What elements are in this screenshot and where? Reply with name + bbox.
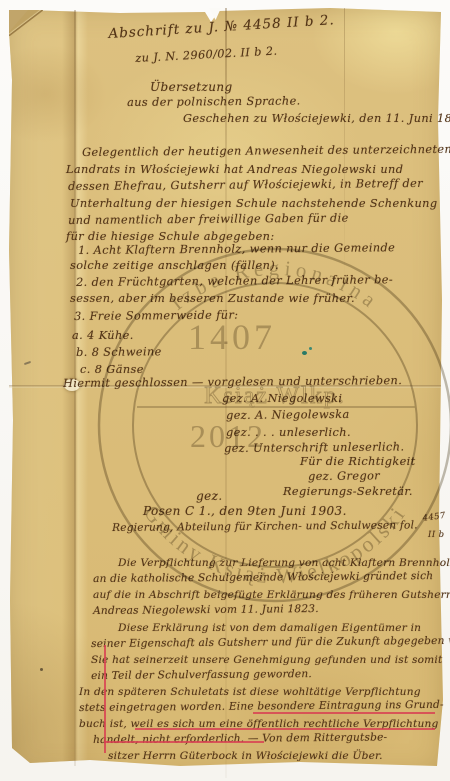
handwritten-line: handelt, nicht erforderlich. — Von dem R… xyxy=(93,731,387,746)
list-item: a. 4 Kühe. xyxy=(72,329,134,342)
margin-reference: 4457 xyxy=(422,511,446,524)
handwritten-line: In den späteren Schuletats ist diese woh… xyxy=(79,686,421,698)
signature-line: gez. A. Niegolewski xyxy=(222,392,342,405)
handwritten-line: buch ist, weil es sich um eine öffentlic… xyxy=(79,718,439,730)
signature-line: gez. . . . unleserlich. xyxy=(226,426,351,439)
place-date-line: Posen C 1., den 9ten Juni 1903. xyxy=(143,504,347,518)
list-item: c. 8 Gänse xyxy=(80,363,144,376)
margin-reference: II b xyxy=(428,530,445,540)
list-item: b. 8 Schweine xyxy=(76,345,162,359)
handwritten-line: Diese Erklärung ist von dem damaligen Ei… xyxy=(118,622,421,634)
list-item: sessen, aber im besseren Zustande wie fr… xyxy=(70,292,355,305)
gez-flourish: gez. xyxy=(196,489,223,503)
handwritten-line: ein Teil der Schulverfassung geworden. xyxy=(91,668,312,682)
list-item: 2. den Früchtgarten, welchen der Lehrer … xyxy=(76,273,393,289)
green-ink-speck xyxy=(302,351,307,355)
signature-line: gez. A. Niegolewska xyxy=(226,408,350,422)
dateline: Geschehen zu Włościejewki, den 11. Juni … xyxy=(183,112,450,125)
handwritten-line: für die hiesige Schule abgegeben: xyxy=(66,230,275,243)
folded-corner-edge xyxy=(9,10,43,36)
green-ink-speck xyxy=(309,347,312,350)
handwritten-line: Sie hat seinerzeit unsere Genehmigung ge… xyxy=(91,654,442,666)
document-title: Übersetzung xyxy=(150,80,233,94)
list-item: solche zeitige anschlagen (fällen). xyxy=(70,259,279,272)
document-scan: Abschrift zu J. № 4458 II b 2. zu J. N. … xyxy=(0,0,450,781)
ink-dot xyxy=(40,668,43,671)
handwritten-line: und namentlich aber freiwillige Gaben fü… xyxy=(68,212,349,227)
handwritten-line: sitzer Herrn Güterbock in Włościejewki d… xyxy=(108,750,383,762)
certification-line: Für die Richtigkeit xyxy=(300,455,416,468)
handwritten-line: Die Verpflichtung zur Lieferung von acht… xyxy=(118,557,450,569)
handwritten-line: auf die in Abschrift beigefügte Erklärun… xyxy=(93,589,450,601)
document-subtitle: aus der polnischen Sprache. xyxy=(127,94,301,109)
list-item: 1. Acht Klaftern Brennholz, wenn nur die… xyxy=(78,241,395,257)
list-item: 3. Freie Sommerweide für: xyxy=(74,309,238,323)
handwritten-line: Unterhaltung der hiesigen Schule nachste… xyxy=(70,197,437,210)
handwritten-line: Landrats in Włościejewki hat Andreas Nie… xyxy=(66,163,403,176)
certification-line: gez. Gregor xyxy=(308,469,380,483)
certification-line: Regierungs-Sekretär. xyxy=(283,485,413,498)
signature-line: gez. Unterschrift unleserlich. xyxy=(224,440,404,455)
handwritten-line: Andreas Niegolewski vom 11. Juni 1823. xyxy=(93,603,319,617)
